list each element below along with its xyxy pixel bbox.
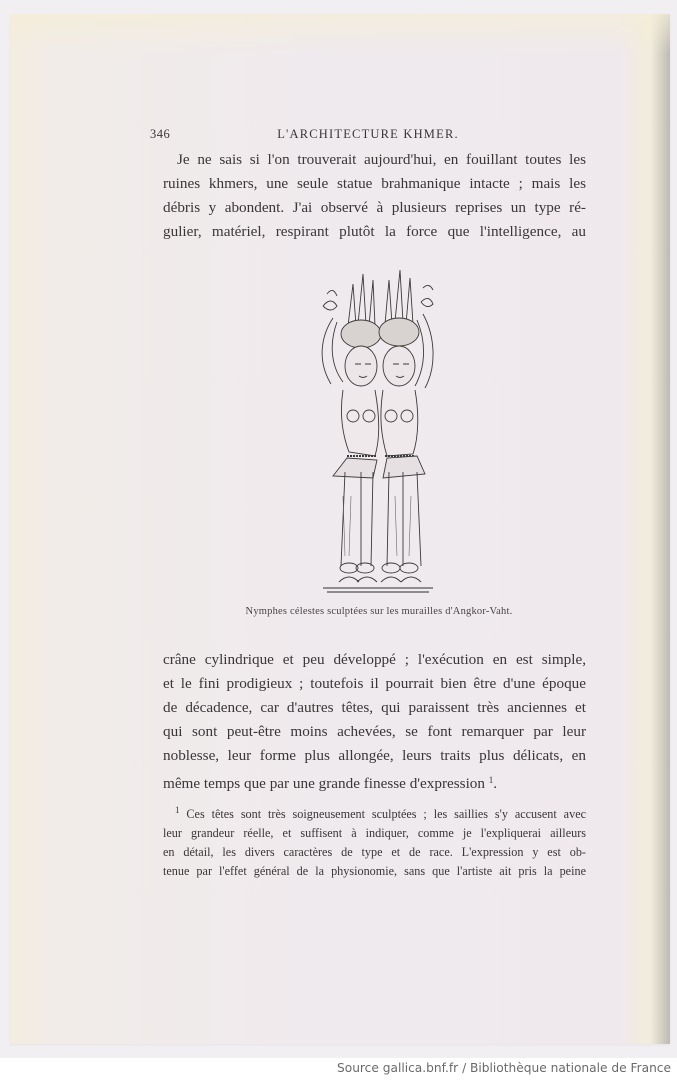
footnote-line: leur grandeur réelle, et suffisent à ind… [163,824,586,843]
text-line: de décadence, car d'autres têtes, qui pa… [163,696,586,720]
nymphs-illustration [303,266,447,598]
paragraph-1: Je ne sais si l'on trouverait aujourd'hu… [163,148,586,244]
text-line: même temps que par une grande finesse d'… [163,775,485,792]
figure-caption: Nymphes célestes sculptées sur les murai… [226,606,532,617]
footnote-line: tenue par l'effet général de la physiono… [163,862,586,881]
paragraph-2: crâne cylindrique et peu développé ; l'e… [163,648,586,796]
text-line: Je ne sais si l'on trouverait aujourd'hu… [163,148,586,172]
text-line: débris y abondent. J'ai observé à plusie… [163,196,586,220]
source-attribution: Source gallica.bnf.fr / Bibliothèque nat… [337,1061,671,1075]
footnote: 1 Ces têtes sont très soigneusement scul… [163,801,586,881]
text-line: qui sont peut-être moins achevées, se fo… [163,720,586,744]
apsaras-engraving-icon [303,266,447,598]
text-line: crâne cylindrique et peu développé ; l'e… [163,648,586,672]
footnote-line: en détail, les divers caractères de type… [163,843,586,862]
footnote-line-first: 1 Ces têtes sont très soigneusement scul… [163,801,586,824]
text-line: ruines khmers, une seule statue brahmani… [163,172,586,196]
text-line-last: même temps que par une grande finesse d'… [163,768,586,796]
running-title: L'ARCHITECTURE KHMER. [150,127,586,142]
text-line: noblesse, leur forme plus allongée, leur… [163,744,586,768]
running-head: 346 L'ARCHITECTURE KHMER. [150,127,586,145]
footnote-marker: 1 [175,805,180,815]
text-line: gulier, matériel, respirant plutôt la fo… [163,220,586,244]
footnote-text: Ces têtes sont très soigneusement sculpt… [186,807,586,821]
footnote-reference: 1 [489,775,494,785]
source-bar: Source gallica.bnf.fr / Bibliothèque nat… [0,1058,677,1080]
page-tint [10,14,670,54]
text-line: et le fini prodigieux ; toutefois il pou… [163,672,586,696]
